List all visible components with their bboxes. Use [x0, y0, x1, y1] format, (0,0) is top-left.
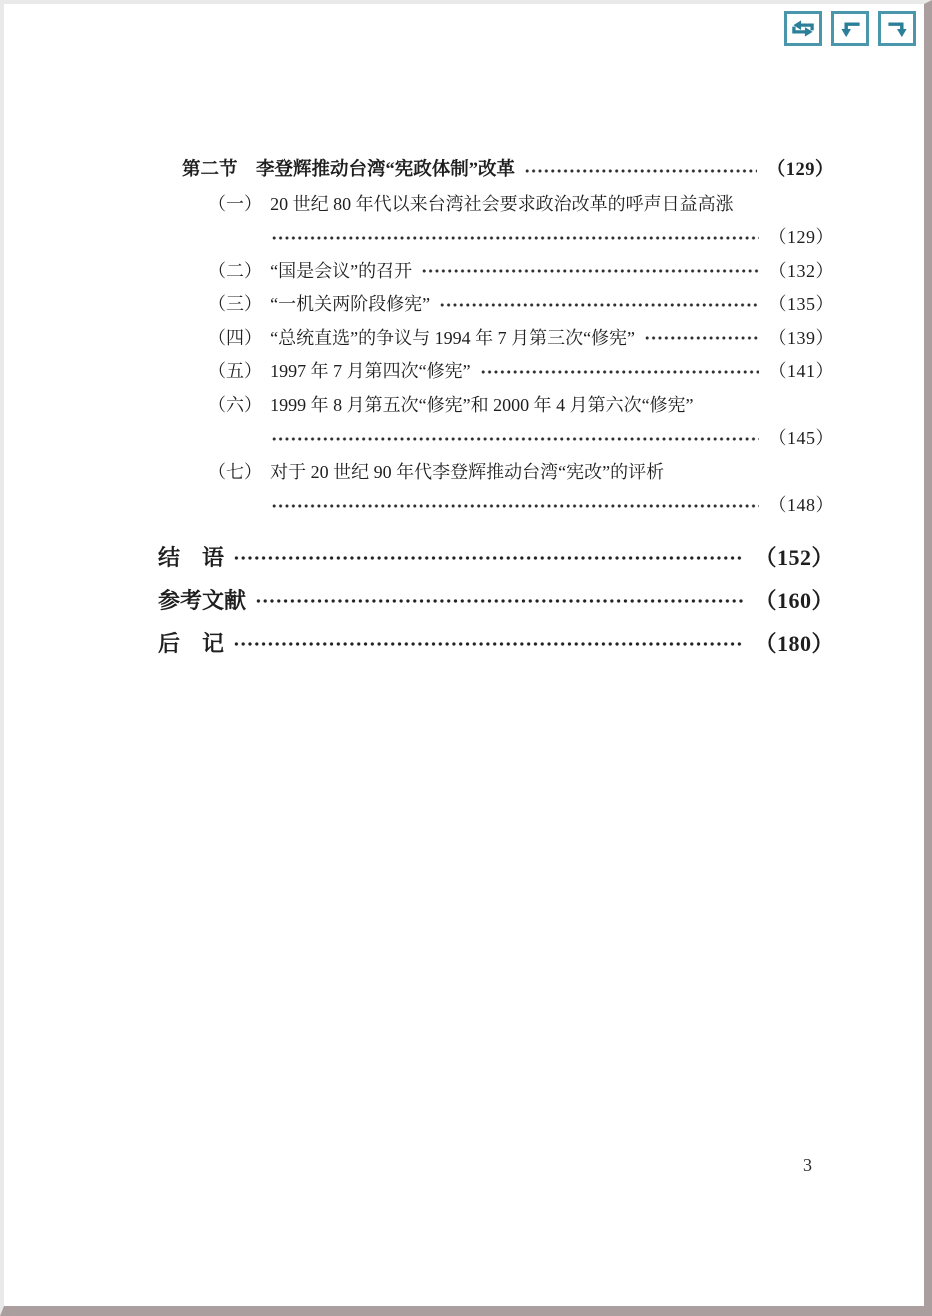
- toc-entry-page: （180）: [754, 623, 834, 665]
- turn-down-right-button[interactable]: [878, 11, 916, 46]
- toc-entry-number: （一）: [208, 188, 262, 222]
- dot-leader: [524, 164, 757, 178]
- toc-entry: 第二节李登辉推动台湾“宪政体制”改革（129）: [158, 154, 834, 188]
- scanned-book-page: 第二节李登辉推动台湾“宪政体制”改革（129）（一）20 世纪 80 年代以来台…: [0, 0, 932, 1316]
- dot-leader: [233, 637, 744, 651]
- toc-entry-continuation: （148）: [158, 489, 834, 523]
- toc-entry-continuation: （145）: [158, 422, 834, 456]
- toc-entry: （七）对于 20 世纪 90 年代李登辉推动台湾“宪改”的评析: [158, 456, 834, 490]
- toc-entry-title: 1997 年 7 月第四次“修宪”: [270, 355, 470, 389]
- toc-entry: （五）1997 年 7 月第四次“修宪”（141）: [158, 355, 834, 389]
- toc-entry-page: （152）: [754, 537, 834, 579]
- turn-down-right-icon: [885, 17, 910, 40]
- toc-entry: 后 记（180）: [158, 623, 834, 665]
- page-number: 3: [803, 1155, 812, 1176]
- toc-entry-page: （148）: [769, 489, 835, 523]
- toc-entry-title: 参考文献: [158, 580, 246, 622]
- viewer-toolbar: [784, 11, 916, 46]
- turn-down-left-button[interactable]: [831, 11, 869, 46]
- toc-entry-title: “国是会议”的召开: [270, 255, 412, 289]
- toc-entry-page: （139）: [769, 322, 835, 356]
- toc-entry-number: （二）: [208, 255, 262, 289]
- dot-leader: [271, 432, 759, 446]
- toc-entry: （一）20 世纪 80 年代以来台湾社会要求政治改革的呼声日益高涨: [158, 188, 834, 222]
- toc-entry-title: 对于 20 世纪 90 年代李登辉推动台湾“宪改”的评析: [270, 456, 664, 490]
- toc-entry-page: （160）: [754, 580, 834, 622]
- dot-leader: [271, 231, 759, 245]
- toc-entry-title: “一机关两阶段修宪”: [270, 288, 430, 322]
- swap-arrows-button[interactable]: [784, 11, 822, 46]
- toc-entry-title: “总统直选”的争议与 1994 年 7 月第三次“修宪”: [270, 322, 635, 356]
- toc-entry-page: （141）: [769, 355, 835, 389]
- swap-arrows-icon: [790, 17, 816, 40]
- toc-entry: 结 语（152）: [158, 537, 834, 579]
- table-of-contents: 第二节李登辉推动台湾“宪政体制”改革（129）（一）20 世纪 80 年代以来台…: [158, 154, 834, 665]
- dot-leader: [439, 298, 758, 312]
- toc-entry: （六）1999 年 8 月第五次“修宪”和 2000 年 4 月第六次“修宪”: [158, 389, 834, 423]
- dot-leader: [255, 594, 744, 608]
- dot-leader: [421, 264, 758, 278]
- toc-entry-page: （129）: [767, 154, 834, 188]
- dot-leader: [271, 499, 759, 513]
- dot-leader: [644, 331, 758, 345]
- toc-entry: （二）“国是会议”的召开（132）: [158, 255, 834, 289]
- toc-entry-number: （四）: [208, 322, 262, 356]
- toc-entry-number: （六）: [208, 389, 262, 423]
- toc-entry-number: （五）: [208, 355, 262, 389]
- toc-entry-title: 结 语: [158, 537, 224, 579]
- toc-entry-number: 第二节: [182, 154, 238, 188]
- turn-down-left-icon: [838, 17, 863, 40]
- toc-entry-title: 后 记: [158, 623, 224, 665]
- toc-entry-page: （145）: [769, 422, 835, 456]
- toc-entry-title: 李登辉推动台湾“宪政体制”改革: [256, 154, 515, 188]
- dot-leader: [233, 551, 744, 565]
- dot-leader: [480, 365, 759, 379]
- toc-entry-number: （三）: [208, 288, 262, 322]
- toc-entry-page: （135）: [769, 288, 835, 322]
- toc-entry-number: （七）: [208, 456, 262, 490]
- toc-entry: 参考文献（160）: [158, 580, 834, 622]
- toc-entry-page: （132）: [769, 255, 835, 289]
- toc-entry-title: 20 世纪 80 年代以来台湾社会要求政治改革的呼声日益高涨: [270, 188, 734, 222]
- toc-entry-continuation: （129）: [158, 221, 834, 255]
- toc-entry: （四）“总统直选”的争议与 1994 年 7 月第三次“修宪”（139）: [158, 322, 834, 356]
- toc-entry-page: （129）: [769, 221, 835, 255]
- toc-entry-title: 1999 年 8 月第五次“修宪”和 2000 年 4 月第六次“修宪”: [270, 389, 693, 423]
- toc-entry: （三）“一机关两阶段修宪”（135）: [158, 288, 834, 322]
